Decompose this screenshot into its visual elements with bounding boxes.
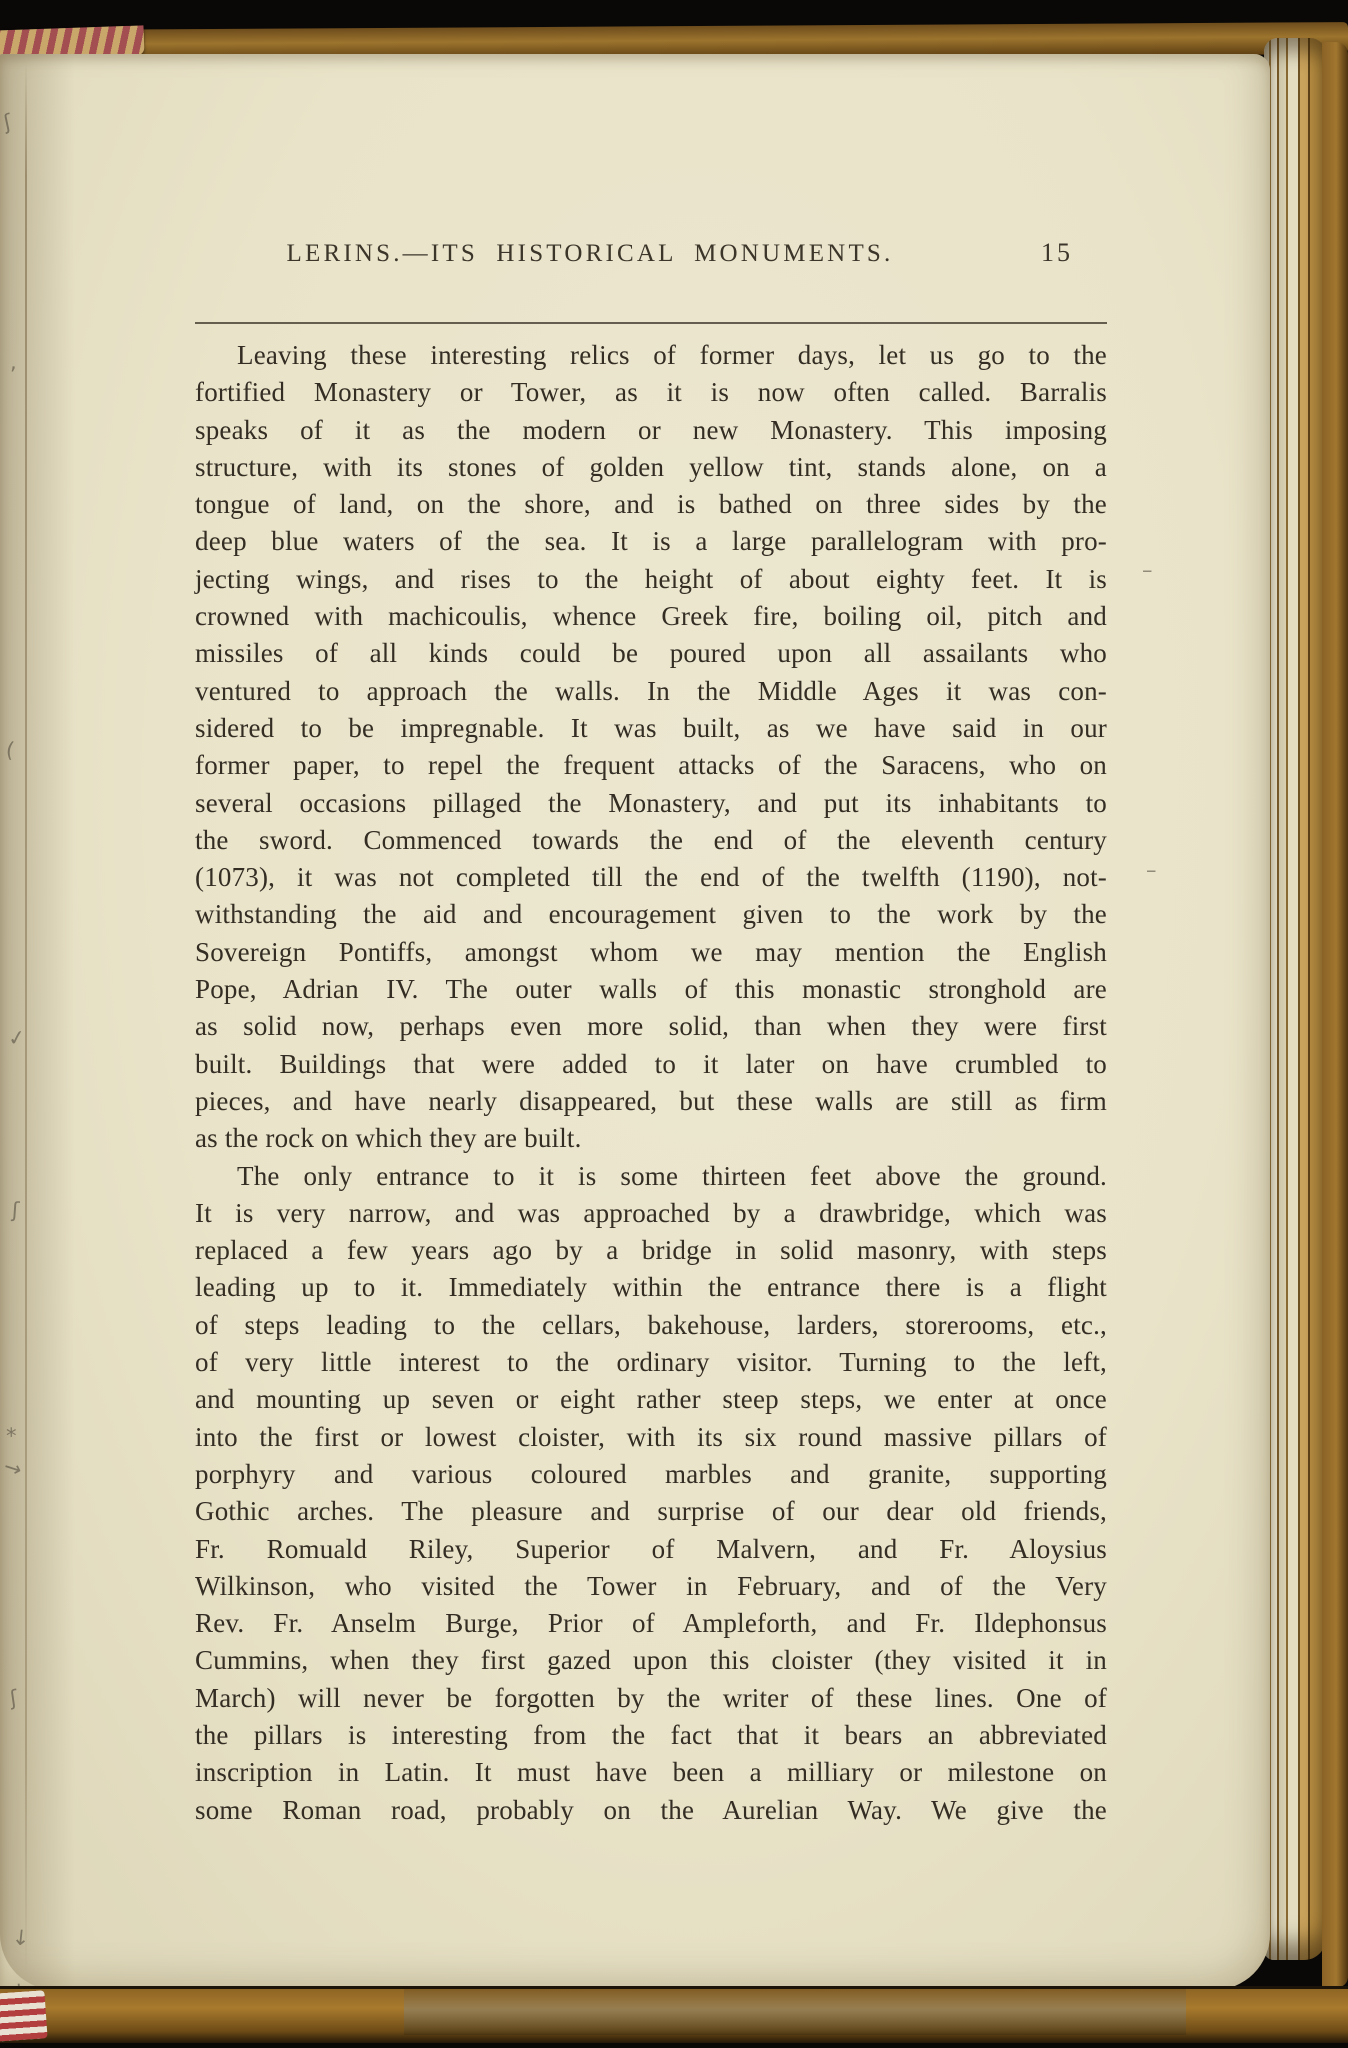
margin-mark: → bbox=[1, 1456, 24, 1481]
text-line: the pillars is interesting from the fact… bbox=[195, 1717, 1107, 1754]
paragraph: Leaving these interesting relics of form… bbox=[195, 337, 1107, 1158]
page-header: LERINS.—ITS HISTORICAL MONUMENTS. 15 bbox=[195, 238, 1107, 268]
page-number: 15 bbox=[985, 238, 1107, 268]
text-line: Gothic arches. The pleasure and surprise… bbox=[195, 1493, 1107, 1530]
text-line: sidered to be impregnable. It was built,… bbox=[195, 710, 1107, 747]
text-line: Leaving these interesting relics of form… bbox=[195, 337, 1107, 374]
margin-mark: – bbox=[1146, 860, 1157, 881]
text-line: as solid now, perhaps even more solid, t… bbox=[195, 1008, 1107, 1045]
margin-mark: ✓ bbox=[7, 1027, 27, 1050]
margin-mark: ↓ bbox=[11, 1927, 31, 1950]
margin-mark: ( bbox=[5, 740, 16, 762]
text-line: replaced a few years ago by a bridge in … bbox=[195, 1232, 1107, 1269]
text-line: as the rock on which they are built. bbox=[195, 1120, 1107, 1157]
paragraph: The only entrance to it is some thirteen… bbox=[195, 1158, 1107, 1829]
text-line: Fr. Romuald Riley, Superior of Malvern, … bbox=[195, 1531, 1107, 1568]
text-line: porphyry and various coloured marbles an… bbox=[195, 1456, 1107, 1493]
header-rule bbox=[195, 322, 1107, 324]
text-line: Wilkinson, who visited the Tower in Febr… bbox=[195, 1568, 1107, 1605]
scanned-book-photo: LERINS.—ITS HISTORICAL MONUMENTS. 15 Lea… bbox=[0, 0, 1348, 2048]
text-line: withstanding the aid and encouragement g… bbox=[195, 896, 1107, 933]
text-line: built. Buildings that were added to it l… bbox=[195, 1046, 1107, 1083]
text-line: fortified Monastery or Tower, as it is n… bbox=[195, 374, 1107, 411]
text-line: (1073), it was not completed till the en… bbox=[195, 859, 1107, 896]
text-line: crowned with machicoulis, whence Greek f… bbox=[195, 598, 1107, 635]
text-line: former paper, to repel the frequent atta… bbox=[195, 747, 1107, 784]
text-line: Sovereign Pontiffs, amongst whom we may … bbox=[195, 934, 1107, 971]
body-text: Leaving these interesting relics of form… bbox=[195, 337, 1107, 1829]
text-line: The only entrance to it is some thirteen… bbox=[195, 1158, 1107, 1195]
text-line: missiles of all kinds could be poured up… bbox=[195, 635, 1107, 672]
text-line: structure, with its stones of golden yel… bbox=[195, 449, 1107, 486]
margin-mark: ʃ bbox=[2, 111, 13, 133]
text-line: pieces, and have nearly disappeared, but… bbox=[195, 1083, 1107, 1120]
text-line: leading up to it. Immediately within the… bbox=[195, 1269, 1107, 1306]
text-line: deep blue waters of the sea. It is a lar… bbox=[195, 523, 1107, 560]
margin-mark: * bbox=[6, 1426, 17, 1447]
text-line: Rev. Fr. Anselm Burge, Prior of Amplefor… bbox=[195, 1605, 1107, 1642]
margin-mark: – bbox=[1142, 560, 1153, 581]
text-line: and mounting up seven or eight rather st… bbox=[195, 1381, 1107, 1418]
running-title: LERINS.—ITS HISTORICAL MONUMENTS. bbox=[195, 240, 985, 268]
text-line: ventured to approach the walls. In the M… bbox=[195, 673, 1107, 710]
text-line: March) will never be forgotten by the wr… bbox=[195, 1680, 1107, 1717]
book-cover-bottom-edge bbox=[0, 1986, 1348, 2043]
text-line: speaks of it as the modern or new Monast… bbox=[195, 412, 1107, 449]
margin-mark: ʃ bbox=[9, 1688, 19, 1710]
margin-mark: ʃ bbox=[11, 1200, 20, 1221]
text-line: Cummins, when they first gazed upon this… bbox=[195, 1642, 1107, 1679]
text-line: some Roman road, probably on the Aurelia… bbox=[195, 1792, 1107, 1829]
headband-bottom bbox=[0, 1990, 48, 2042]
text-line: jecting wings, and rises to the height o… bbox=[195, 561, 1107, 598]
book-page: LERINS.—ITS HISTORICAL MONUMENTS. 15 Lea… bbox=[0, 54, 1270, 1990]
text-line: Pope, Adrian IV. The outer walls of this… bbox=[195, 971, 1107, 1008]
text-line: It is very narrow, and was approached by… bbox=[195, 1195, 1107, 1232]
text-line: inscription in Latin. It must have been … bbox=[195, 1754, 1107, 1791]
margin-mark: , bbox=[10, 352, 17, 373]
gutter-crease bbox=[25, 62, 27, 1976]
text-line: of very little interest to the ordinary … bbox=[195, 1344, 1107, 1381]
text-line: the sword. Commenced towards the end of … bbox=[195, 822, 1107, 859]
book-cover-right-edge bbox=[1322, 42, 1348, 1987]
text-line: tongue of land, on the shore, and is bat… bbox=[195, 486, 1107, 523]
text-line: several occasions pillaged the Monastery… bbox=[195, 785, 1107, 822]
text-line: into the first or lowest cloister, with … bbox=[195, 1419, 1107, 1456]
page-edge-stack bbox=[1264, 38, 1326, 1960]
text-line: of steps leading to the cellars, bakehou… bbox=[195, 1307, 1107, 1344]
